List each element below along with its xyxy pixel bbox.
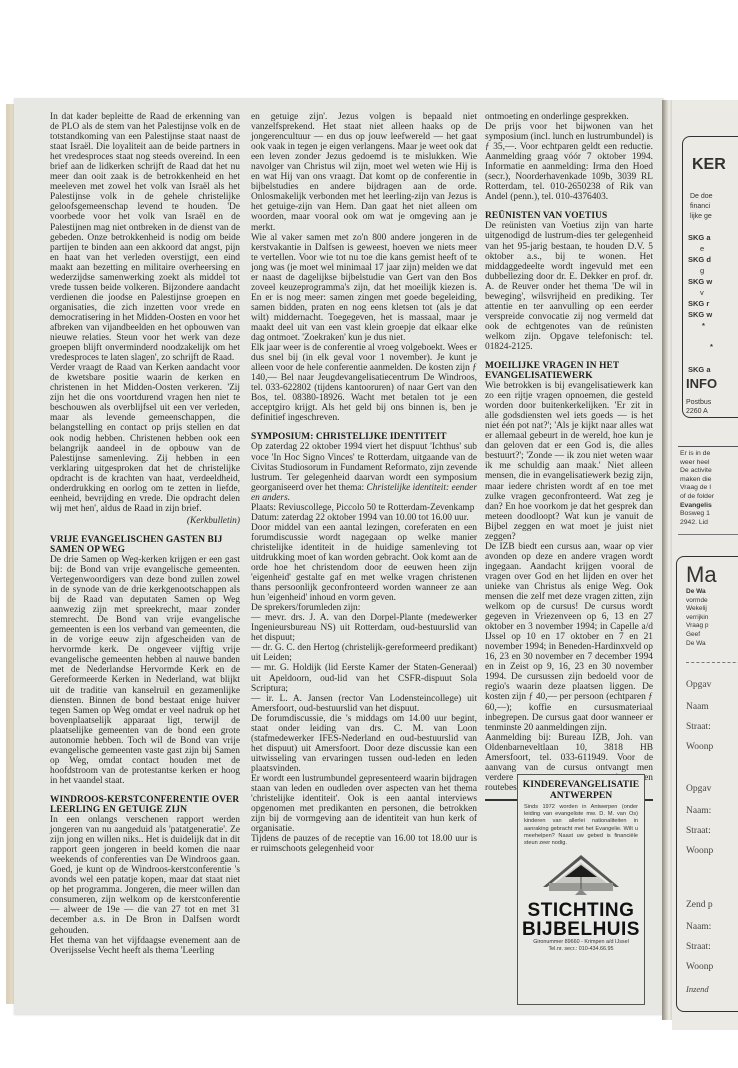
article-paragraph: Op zaterdag 22 oktober 1994 viert het di… [251,442,477,502]
text-line: 2942. Lid [680,519,714,528]
ad-title: KINDEREVANGELISATIE ANTWERPEN [518,779,644,801]
text-line: lijke ge [690,212,713,222]
divider [678,446,738,447]
advertisement-box: KINDEREVANGELISATIE ANTWERPEN Sinds 1972… [517,774,645,1005]
book-spine [662,100,672,1020]
list-item: g [688,265,713,276]
form-fields: Opgav Naam Straat: Woonp Opgav Naam: Str… [686,680,713,994]
form-footer: Inzend [686,984,713,994]
symposium-date: Datum: zaterdag 22 oktober 1994 van 10.0… [251,513,477,523]
text-line: maken die [680,476,714,485]
text-line: financi [690,202,713,212]
ad-title-line: ANTWERPEN [518,790,644,801]
column-1: In dat kader bepleitte de Raad de erkenn… [50,112,240,956]
text-line: vormde [686,597,709,606]
source-credit: (Kerkbulletin) [50,516,240,526]
article-paragraph: Tijdens de pauzes of de receptie van 16.… [251,834,477,854]
form-field-street[interactable]: Straat: [686,722,713,742]
list-item: SKG w [688,276,713,287]
box-list: SKG a e SKG d g SKG w v SKG r SKG w * * … [688,232,713,375]
form-field-name[interactable]: Naam: [686,806,713,826]
article-paragraph: De IZB biedt een cursus aan, waar op vie… [485,542,653,733]
divider [678,534,738,535]
text-line: Vraag p [686,622,709,631]
form-heading: Ma [686,562,717,588]
ad-phone-number: Tel.nr. secr.: 010-434.66.95 [518,946,644,953]
article-paragraph: Door middel van een aantal lezingen, cor… [251,523,477,603]
text-line: Bosweg 1 [680,510,714,519]
ad-giro-number: Gironummer 89660 - Krimpen a/d IJssel [518,939,644,946]
article-paragraph: In een onlangs verschenen rapport werden… [50,815,240,936]
list-item: * [688,320,713,331]
list-item: SKG w [688,309,713,320]
article-heading: REÜNISTEN VAN VOETIUS [485,211,653,221]
box-heading: KER [692,156,726,174]
article-heading: SYMPOSIUM: CHRISTELIJKE IDENTITEIT [251,432,477,442]
article-paragraph: en getuige zijn'. Jezus volgen is bepaal… [251,112,477,233]
text-line: Vraag de I [680,484,714,493]
article-paragraph: De drie Samen op Weg-kerken krijgen er e… [50,555,240,786]
text-line: Evangelis [680,502,714,511]
box-address: Postbus 2260 A [686,398,711,416]
text-line: Geef [686,631,709,640]
article-paragraph: De prijs voor het bijwonen van het sympo… [485,122,653,202]
speakers-intro: De sprekers/forumleden zijn: [251,603,477,613]
article-paragraph: In dat kader bepleitte de Raad de erkenn… [50,112,240,363]
ad-organization-name: BIJBELHUIS [518,920,644,939]
form-label: Zend p [686,900,713,922]
form-field-city[interactable]: Woonp [686,742,713,784]
form-description: De Wa vormde Wekelij verrijkin Vraag p G… [686,588,709,648]
speaker-item: — mevr. drs. J. A. van den Dorpel-Plante… [251,613,477,643]
speaker-item: — dr. G. C. den Hertog (christelijk-gere… [251,643,477,663]
article-paragraph: Elk jaar weer is de conferentie al vroeg… [251,343,477,423]
form-field-city[interactable]: Woonp [686,962,713,984]
symposium-location: Plaats: Reviuscollege, Piccolo 50 te Rot… [251,503,477,513]
text-line: of de folder [680,493,714,502]
article-paragraph: Wie al vaker samen met zo'n 800 andere j… [251,233,477,344]
text-line: Postbus [686,398,711,407]
article-heading: VRIJE EVANGELISCHEN GASTEN BIJ SAMEN OP … [50,535,240,555]
list-item: * [688,341,713,352]
ad-title-line: KINDEREVANGELISATIE [518,779,644,790]
text-line: De Wa [686,588,709,597]
box-subheading: INFO [686,376,717,391]
form-field-city[interactable]: Woonp [686,846,713,900]
list-item: e [688,243,713,254]
article-paragraph: Er wordt een lustrumbundel gepresenteerd… [251,774,477,834]
list-item: v [688,287,713,298]
tent-house-icon [541,853,621,897]
text-line: Er is in de [680,450,714,459]
ad-organization-name: STICHTING [518,901,644,920]
next-page-fragment: KER De doe financi lijke ge SKG a e SKG … [672,100,738,1030]
column-2: en getuige zijn'. Jezus volgen is bepaal… [251,112,477,854]
article-heading: WINDROOS-KERSTCONFERENTIE OVER LEERLING … [50,795,240,815]
article-paragraph: ontmoeting en onderlinge gesprekken. [485,112,653,122]
form-field-name[interactable]: Naam: [686,922,713,942]
form-field-street[interactable]: Straat: [686,826,713,846]
ad-body: Sinds 1972 worden in Antwerpen (onder le… [524,804,638,847]
text-line: De Wa [686,640,709,649]
text-line: De doe [690,192,713,202]
list-item: SKG a [688,364,713,375]
text-line: Wekelij [686,605,709,614]
text-line: weer heel [680,459,714,468]
text-line: 2260 A [686,407,711,416]
cut-line [686,662,738,663]
article-paragraph: De forumdiscussie, die 's middags om 14.… [251,714,477,774]
article-paragraph: Verder vraagt de Raad van Kerken aandach… [50,363,240,514]
form-label: Opgav [686,680,713,702]
box-text: De doe financi lijke ge [690,192,713,222]
article-paragraph: Het thema van het vijfdaagse evenement a… [50,936,240,956]
form-field-street[interactable]: Straat: [686,942,713,962]
speaker-item: — mr. G. Holdijk (lid Eerste Kamer der S… [251,663,477,693]
list-item: SKG a [688,232,713,243]
next-page-text-block: Er is in de weer heel De activite maken … [680,450,714,527]
article-paragraph: De reünisten van Voetius zijn van harte … [485,221,653,352]
article-paragraph: Wie betrokken is bij evangelisatiewerk k… [485,381,653,542]
text-line: De activite [680,467,714,476]
column-3: ontmoeting en onderlinge gesprekken. De … [485,112,653,801]
form-label: Opgav [686,784,713,806]
speaker-item: — ir. L. A. Jansen (rector Van Lodenstei… [251,694,477,714]
text-line: verrijkin [686,614,709,623]
article-heading: MOEILIJKE VRAGEN IN HET EVANGELISATIEWER… [485,361,653,381]
form-field-name[interactable]: Naam [686,702,713,722]
list-item: SKG d [688,254,713,265]
list-item: SKG r [688,298,713,309]
